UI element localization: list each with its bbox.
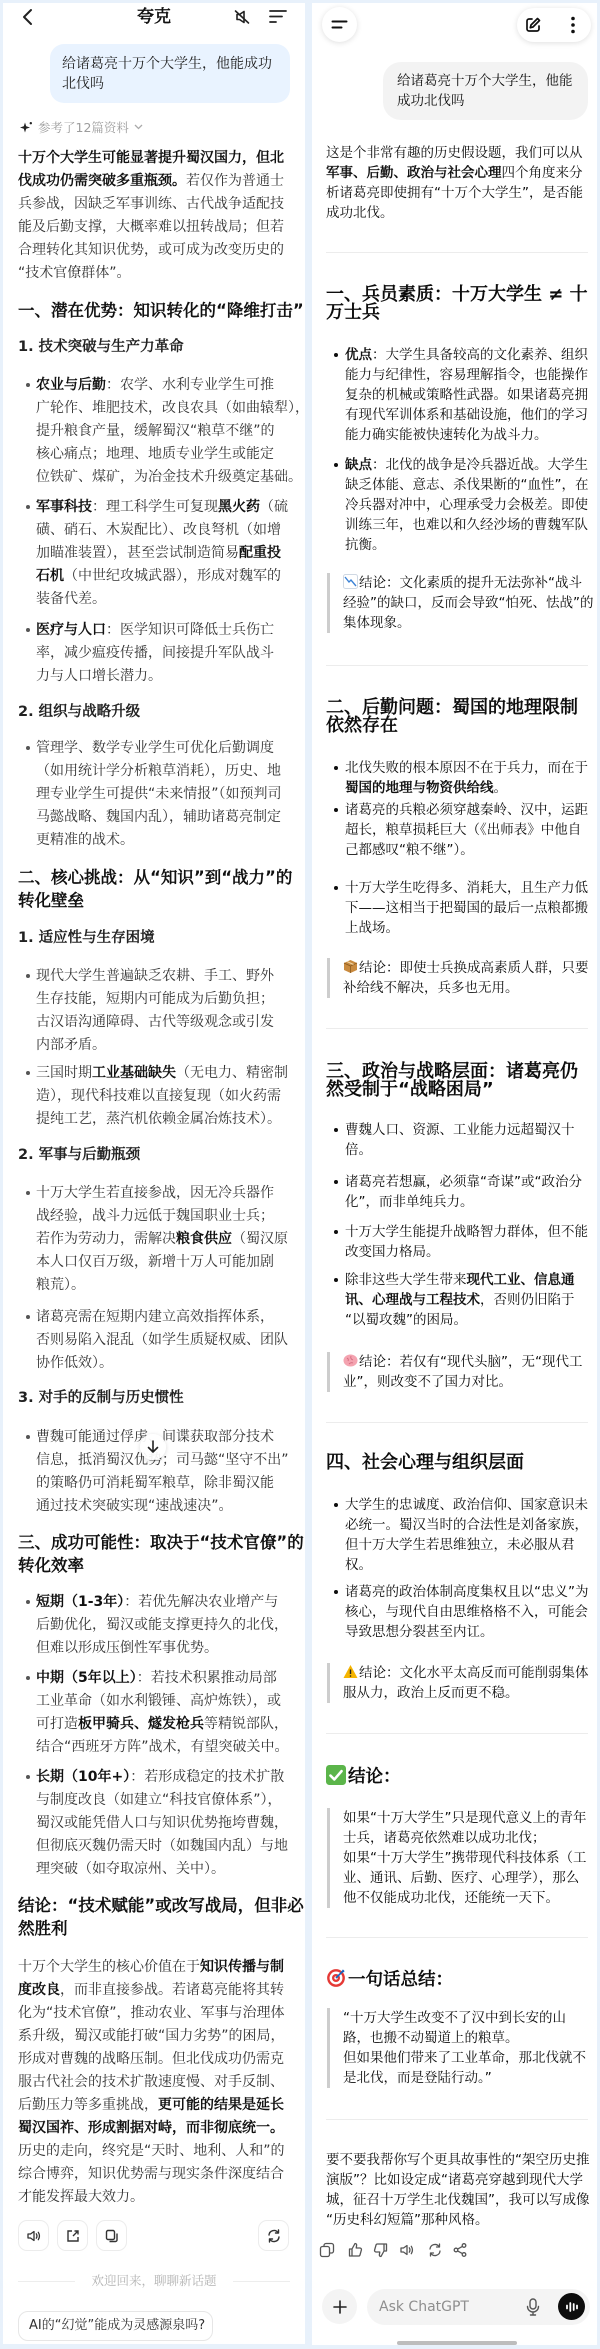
voice-mode-button[interactable] — [558, 2293, 585, 2320]
bullet-dot — [26, 746, 30, 750]
item-text: 诸葛亮若想赢，必须靠“奇谋”或“政治分 化”，而非单纯兵力。 — [345, 1174, 582, 1210]
item-label: 优点 — [345, 347, 372, 363]
item-text: 曹魏人口、资源、工业能力远超蜀汉十 倍。 — [345, 1122, 575, 1158]
divider — [326, 1733, 588, 1734]
item-label: 中期（5年以上） — [36, 1670, 137, 1686]
bullet-dot — [334, 463, 338, 467]
bullet-dot — [334, 1128, 338, 1132]
bullet-dot — [26, 974, 30, 978]
voice-mode-icon — [565, 2301, 579, 2313]
conclusion-heading: 结论：“技术赋能”或改写战局，但非必 然胜利 — [18, 1894, 304, 1940]
brain-icon — [343, 1353, 358, 1368]
item-emphasis: 粮食供应 — [176, 1231, 232, 1247]
hamburger-icon — [331, 18, 348, 31]
divider — [326, 1028, 588, 1029]
warning-icon — [343, 1664, 358, 1679]
bullet-dot — [334, 808, 338, 812]
item-text: 。 — [494, 780, 508, 796]
item-label: 短期（1-3年） — [36, 1594, 124, 1610]
menu-lines-icon[interactable] — [269, 9, 287, 25]
check-mark-button-icon — [326, 1765, 346, 1785]
section-heading: 四、社会心理与组织层面 — [326, 1454, 524, 1473]
bullet-dot — [334, 1590, 338, 1594]
list-item: 农业与后勤：农学、水利专业学生可推 广轮作、堆肥技术，改良农具（如曲辕犁）， 提… — [36, 374, 305, 489]
chatgpt-chat-panel: 给诸葛亮十万个大学生，他能 成功北伐吗 这是个非常有趣的历史假设题，我们可以从 … — [312, 3, 597, 2345]
item-text: （中世纪攻城武器），形成对魏军的 装备代差。 — [36, 568, 281, 607]
bullet-dot — [26, 1071, 30, 1075]
subsection-heading: 3. 对手的反制与历史惯性 — [18, 1387, 184, 1410]
subsection-heading: 2. 军事与后勤瓶颈 — [18, 1144, 140, 1167]
direct-hit-target-icon — [326, 1968, 346, 1988]
bullet-dot — [26, 1435, 30, 1439]
list-item: 缺点：北伐的战争是冷兵器近战。大学生 缺乏体能、意志、杀伐果断的“血性”，在 冷… — [345, 455, 589, 555]
bullet-dot — [334, 886, 338, 890]
item-text: 十万大学生吃得多、消耗大，且生产力低 下——这相当于把蜀国的最后一点粮都搬 上战… — [345, 880, 588, 936]
item-text: 诸葛亮的政治体制高度集权且以“忠义”为 核心，与现代自由思维格格不入，可能会 导… — [345, 1584, 589, 1640]
references-label: 参考了12篇资料 — [38, 118, 129, 136]
thumbs-down-icon[interactable] — [373, 2242, 389, 2258]
plus-icon — [332, 2299, 348, 2315]
suggestion-chip[interactable]: AI的“幻觉”能成为灵感源泉吗? — [18, 2311, 213, 2341]
bullet-dot — [26, 1600, 30, 1604]
item-text: 现代大学生普遍缺乏农耕、手工、野外 生存技能，短期内可能成为后勤负担； 古汉语沟… — [36, 968, 274, 1053]
quark-chat-panel: 夸克 给诸葛亮十万个大学生，他能成功 北伐吗 参考了12篇资料 十万个大学生可能… — [3, 3, 305, 2344]
list-item: 三国时期工业基础缺失（无电力、精密制 造），现代科技难以直接复现（如火药需 提纯… — [36, 1062, 288, 1131]
answer-intro: 十万个大学生可能显著提升蜀汉国力，但北 伐成功仍需突破多重瓶颈。若仅作为普通士 … — [18, 147, 284, 285]
bullet-dot — [26, 1775, 30, 1779]
subsection-heading: 2. 组织与战略升级 — [18, 701, 140, 724]
bullet-dot — [26, 1676, 30, 1680]
item-emphasis: 工业基础缺失 — [92, 1065, 176, 1081]
section-heading: 三、成功可能性：取决于“技术官僚”的 转化效率 — [18, 1531, 304, 1577]
section-heading: 二、核心挑战：从“知识”到“战力”的 转化壁垒 — [18, 866, 292, 912]
bullet-dot — [334, 1230, 338, 1234]
item-label: 缺点 — [345, 457, 372, 473]
list-item: 大学生的忠诚度、政治信仰、国家意识未 必统一。蜀汉当时的合法性是刘备家族， 但十… — [345, 1495, 588, 1575]
summary-quote: “十万大学生改变不了汉中到长安的山 路，也搬不动蜀道上的粮草。 但如果他们带来了… — [327, 2008, 586, 2088]
chart-decreasing-icon — [343, 574, 358, 589]
more-vertical-icon[interactable] — [567, 15, 579, 35]
app-title: 夸克 — [3, 5, 305, 29]
item-text: 三国时期 — [36, 1065, 92, 1081]
item-emphasis: 板甲骑兵、燧发枪兵 — [78, 1716, 204, 1732]
item-text: 十万大学生能提升战略智力群体，但不能 改变国力格局。 — [345, 1224, 588, 1260]
list-item: 短期（1-3年）：若优先解决农业增产与 后勤优化，蜀汉或能支撑更持久的北伐， 但… — [36, 1591, 288, 1660]
callout-text: 结论：若仅有“现代头脑”，无“现代工 业”，则改变不了国力对比。 — [343, 1354, 582, 1390]
bullet-dot — [334, 766, 338, 770]
item-label: 农业与后勤 — [36, 377, 106, 393]
speaker-muted-icon[interactable] — [233, 8, 251, 26]
answer-intro: 这是个非常有趣的历史假设题，我们可以从 军事、后勤、政治与社会心理四个角度来分 … — [326, 143, 583, 223]
item-emphasis: 蜀国的地理与物资供给线 — [345, 780, 494, 796]
conclusion-heading-text: 结论： — [348, 1763, 401, 1788]
bullet-dot — [26, 1315, 30, 1319]
home-indicator — [397, 2341, 517, 2345]
thumbs-up-icon[interactable] — [347, 2242, 363, 2258]
list-item: 军事科技：理工科学生可复现黑火药（硫 磺、硝石、木炭配比）、改良弩机（如增 加瞄… — [36, 496, 288, 611]
bullet-dot — [334, 1503, 338, 1507]
bullet-dot — [334, 1278, 338, 1282]
list-item: 十万大学生能提升战略智力群体，但不能 改变国力格局。 — [345, 1222, 588, 1262]
divider — [326, 665, 588, 666]
item-text: 管理学、数学专业学生可优化后勤调度 （如用统计学分析粮草消耗），历史、地 理专业… — [36, 740, 282, 848]
item-text: ：北伐的战争是冷兵器近战。大学生 缺乏体能、意志、杀伐果断的“血性”，在 冷兵器… — [345, 457, 589, 553]
divider-line — [233, 2281, 290, 2282]
package-icon — [343, 959, 358, 974]
sidebar-menu-button[interactable] — [322, 7, 357, 42]
callout-text: 结论：文化素质的提升无法弥补“战斗 经验”的缺口，反而会导致“怕死、怯战”的 集… — [343, 575, 593, 631]
message-input[interactable] — [379, 2289, 519, 2325]
speaker-icon — [26, 2228, 42, 2244]
divider — [326, 1937, 588, 1938]
item-text: 大学生的忠诚度、政治信仰、国家意识未 必统一。蜀汉当时的合法性是刘备家族， 但十… — [345, 1497, 588, 1573]
bullet-dot — [334, 1180, 338, 1184]
list-item: 优点：大学生具备较高的文化素养、组织 能力与纪律性，容易理解指令，也能操作 复杂… — [345, 345, 588, 445]
conclusion-text: ，而非直接参战。若诸葛亮能将其转 化为“技术官僚”，推动农业、军事与治理体 系升… — [18, 1982, 285, 2113]
conclusion-text: 十万个大学生的核心价值在于 — [18, 1959, 200, 1975]
copy-icon[interactable] — [319, 2242, 335, 2258]
copy-button[interactable] — [96, 2220, 127, 2251]
user-message-bubble: 给诸葛亮十万个大学生，他能成功 北伐吗 — [50, 44, 290, 103]
list-item: 诸葛亮若想赢，必须靠“奇谋”或“政治分 化”，而非单纯兵力。 — [345, 1172, 582, 1212]
intro-text: 这是个非常有趣的历史假设题，我们可以从 — [326, 145, 583, 161]
item-text: 诸葛亮需在短期内建立高效指挥体系， 否则易陷入混乱（如学生质疑权威、团队 协作低… — [36, 1309, 288, 1371]
bullet-dot — [26, 1191, 30, 1195]
callout-quote: 结论：若仅有“现代头脑”，无“现代工 业”，则改变不了国力对比。 — [327, 1352, 582, 1392]
callout-quote: 结论：即使士兵换成高素质人群，只要 补给线不解决，兵多也无用。 — [327, 958, 589, 998]
list-item: 长期（10年+）：若形成稳定的技术扩散 与制度改良（如建立“科技官僚体系”）， … — [36, 1766, 288, 1881]
chevron-down-icon — [134, 124, 143, 130]
regenerate-icon[interactable] — [427, 2242, 443, 2258]
list-item: 十万大学生若直接参战，因无冷兵器作 战经验，战斗力远低于魏国职业士兵； 若作为劳… — [36, 1182, 288, 1297]
subsection-heading: 1. 适应性与生存困境 — [18, 927, 155, 950]
scroll-to-bottom-button[interactable] — [140, 1434, 166, 1460]
list-item: 北伐失败的根本原因不在于兵力，而在于 蜀国的地理与物资供给线。 — [345, 758, 588, 798]
list-item: 除非这些大学生带来现代工业、信息通 讯、心理战与工程技术，否则仍旧陷于 “以蜀攻… — [345, 1270, 575, 1330]
follow-up-offer: 要不要我帮你写个更具故事性的“架空历史推 演版”？比如设定成“诸葛亮穿越到现代大… — [326, 2150, 590, 2230]
item-label: 医疗与人口 — [36, 622, 106, 638]
section-heading: 一、潜在优势：知识转化的“降维打击” — [18, 299, 304, 322]
bullet-dot — [26, 383, 30, 387]
references-toggle[interactable]: 参考了12篇资料 — [20, 116, 143, 138]
list-item: 曹魏人口、资源、工业能力远超蜀汉十 倍。 — [345, 1120, 575, 1160]
callout-quote: 结论：文化素质的提升无法弥补“战斗 经验”的缺口，反而会导致“怕死、怯战”的 集… — [327, 573, 593, 633]
list-item: 管理学、数学专业学生可优化后勤调度 （如用统计学分析粮草消耗），历史、地 理专业… — [36, 737, 282, 852]
item-label: 长期（10年+） — [36, 1769, 130, 1785]
list-item: 诸葛亮的兵粮必须穿越秦岭、汉中，运距 超长，粮草损耗巨大（《出师表》中他自 己都… — [345, 800, 588, 860]
regenerate-button[interactable] — [258, 2220, 289, 2251]
sparkle-icon — [20, 121, 33, 134]
user-message-bubble: 给诸葛亮十万个大学生，他能 成功北伐吗 — [383, 62, 588, 120]
read-aloud-icon[interactable] — [399, 2242, 415, 2258]
divider — [326, 1422, 588, 1423]
item-text: 除非这些大学生带来 — [345, 1272, 467, 1288]
list-item: 中期（5年以上）：若技术积累推动局部 工业革命（如水利锻锤、高炉炼铁），或 可打… — [36, 1667, 289, 1759]
share-icon[interactable] — [452, 2242, 468, 2258]
regenerate-icon — [266, 2228, 282, 2244]
bullet-dot — [26, 628, 30, 632]
edit-icon[interactable] — [524, 16, 542, 34]
divider — [326, 252, 588, 253]
item-text: 北伐失败的根本原因不在于兵力，而在于 — [345, 760, 588, 776]
item-label: 军事科技 — [36, 499, 92, 515]
item-text: 诸葛亮的兵粮必须穿越秦岭、汉中，运距 超长，粮草损耗巨大（《出师表》中他自 己都… — [345, 802, 588, 858]
callout-text: 结论：即使士兵换成高素质人群，只要 补给线不解决，兵多也无用。 — [343, 960, 589, 996]
conclusion-body: 十万个大学生的核心价值在于知识传播与制 度改良，而非直接参战。若诸葛亮能将其转 … — [18, 1956, 285, 2209]
arrow-down-icon — [147, 1440, 159, 1454]
microphone-icon[interactable] — [525, 2298, 541, 2316]
summary-heading-text: 一句话总结： — [348, 1966, 453, 1991]
bullet-dot — [26, 505, 30, 509]
section-heading: 一、兵员素质：十万大学生 ≠ 十 万士兵 — [326, 286, 588, 323]
header-actions — [517, 8, 591, 42]
conclusion-heading: 结论： — [326, 1764, 401, 1786]
divider — [326, 2119, 588, 2120]
list-item: 诸葛亮需在短期内建立高效指挥体系， 否则易陷入混乱（如学生质疑权威、团队 协作低… — [36, 1306, 288, 1375]
composer — [367, 2289, 590, 2325]
list-item: 现代大学生普遍缺乏农耕、手工、野外 生存技能，短期内可能成为后勤负担； 古汉语沟… — [36, 965, 274, 1057]
share-button[interactable] — [57, 2220, 88, 2251]
item-text: ：大学生具备较高的文化素养、组织 能力与纪律性，容易理解指令，也能操作 复杂的机… — [345, 347, 588, 443]
list-item: 医疗与人口：医学知识可降低士兵伤亡 率，减少瘟疫传播，间接提升军队战斗 力与人口… — [36, 619, 274, 688]
callout-text: 结论：文化水平太高反而可能削弱集体 服从力，政治上反而更不稳。 — [343, 1665, 589, 1701]
item-text: ：理工科学生可复现 — [92, 499, 218, 515]
summary-heading: 一句话总结： — [326, 1967, 453, 1989]
copy-icon — [104, 2228, 120, 2244]
share-icon — [65, 2228, 81, 2244]
section-heading: 三、政治与战略层面：诸葛亮仍 然受制于“战略困局” — [326, 1063, 578, 1100]
list-item: 诸葛亮的政治体制高度集权且以“忠义”为 核心，与现代自由思维格格不入，可能会 导… — [345, 1582, 589, 1642]
intro-emphasis: 军事、后勤、政治与社会心理 — [326, 165, 502, 181]
conclusion-text: 历史的走向，终究是“天时、地利、人和”的 综合博弈，知识优势需与现实条件深度结合… — [18, 2143, 285, 2205]
bullet-dot — [334, 353, 338, 357]
conclusion-quote: 如果“十万大学生”只是现代意义上的青年 士兵，诸葛亮依然难以成功北伐； 如果“十… — [327, 1808, 587, 1908]
section-heading: 二、后勤问题：蜀国的地理限制 依然存在 — [326, 699, 578, 736]
list-item: 十万大学生吃得多、消耗大，且生产力低 下——这相当于把蜀国的最后一点粮都搬 上战… — [345, 878, 588, 938]
read-aloud-button[interactable] — [18, 2220, 49, 2251]
item-emphasis: 黑火药 — [218, 499, 260, 515]
callout-quote: 结论：文化水平太高反而可能削弱集体 服从力，政治上反而更不稳。 — [327, 1663, 589, 1703]
add-attachment-button[interactable] — [322, 2289, 357, 2324]
subsection-heading: 1. 技术突破与生产力革命 — [18, 336, 184, 359]
